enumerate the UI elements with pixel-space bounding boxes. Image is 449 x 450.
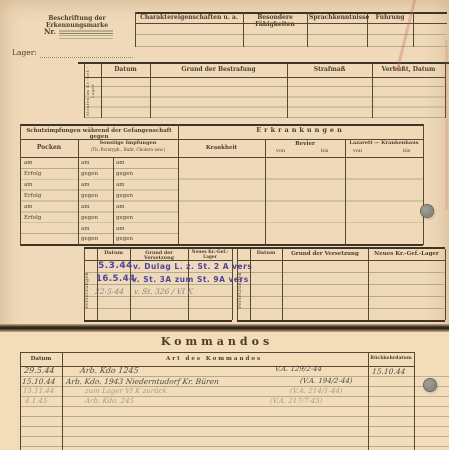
vacc-cell: Erfolg <box>24 215 41 221</box>
vacc-border <box>20 124 21 245</box>
vacc-col-sonstige-sub: (Th.-Paratyph., Ruhr, Cholera usw.) <box>80 148 176 153</box>
vacc-cell: am <box>24 182 33 188</box>
vacc-cell: Erfolg <box>24 171 41 177</box>
transfer-row-lines <box>237 261 445 320</box>
kommando-text: zum Lager VI K zurück <box>85 387 168 395</box>
vacc-cell: am <box>116 182 125 188</box>
vacc-divider <box>345 139 346 245</box>
vacc-divider <box>265 139 266 245</box>
traits-divider <box>307 12 308 47</box>
transfer-divider <box>368 249 369 320</box>
card-separator-shadow <box>0 324 449 332</box>
traits-border <box>413 12 414 47</box>
illness-col-revier: Revier <box>267 141 343 147</box>
nr-label: Nr. <box>44 28 56 36</box>
vacc-cell: am <box>81 182 90 188</box>
traits-divider <box>243 12 244 47</box>
kommando-note: V.A. 129/2-44 <box>275 365 323 373</box>
transfer-entry-text: v. Dulag L. z. St. 2 A vers <box>133 262 252 271</box>
transfer-bottom-border <box>84 320 232 322</box>
vacc-cell: am <box>116 204 125 210</box>
punish-row-lines <box>84 77 445 119</box>
kommandos-col-art: Art des Kommandos <box>64 356 364 362</box>
red-pencil-mark <box>445 40 448 210</box>
transfer-entry-date: 16.5.44 <box>96 274 136 284</box>
vacc-title: Schutzimpfungen während der Gefangenscha… <box>22 128 176 140</box>
vacc-cell: gegen <box>81 215 98 221</box>
vacc-col-sonstige: Sonstige Impfungen <box>80 141 176 147</box>
transfer-col-neues: Neues Kr.-Gef.-Lager <box>189 251 231 260</box>
traits-col-sprachen: Sprachkenntnisse <box>309 15 365 22</box>
hole-punch <box>424 379 436 391</box>
lager-dotted-line <box>40 50 133 58</box>
vacc-cell: am <box>81 226 90 232</box>
illness-col-lazarett: Lazarett — Krankenhaus <box>347 141 421 147</box>
kommando-date: 15.10.44 <box>22 377 56 386</box>
transfer-bottom-border <box>237 320 445 322</box>
kommandos-border <box>414 352 415 450</box>
transfer-divider <box>282 249 283 320</box>
vacc-cell: am <box>81 160 90 166</box>
punish-side-label: Strafen im Kr.-Gef.-Lager <box>85 64 100 118</box>
lazarett-bis-label: bis <box>403 149 410 155</box>
lazarett-von-label: von <box>353 149 362 155</box>
transfer-divider <box>97 249 98 320</box>
vacc-cell: am <box>81 204 90 210</box>
vacc-top-border <box>20 124 423 126</box>
vacc-cell: Erfolg <box>24 193 41 199</box>
traits-border <box>135 12 136 47</box>
kommando-date: 29.5.44 <box>24 366 55 375</box>
traits-col-fuehrung: Führung <box>369 15 411 22</box>
kommando-return-date: 15.10.44 <box>372 367 406 376</box>
vacc-cell: am <box>116 160 125 166</box>
pow-record-card-scan: Beschriftung der Erkennungsmarke Nr. Lag… <box>0 0 449 450</box>
revier-bis-label: bis <box>321 149 328 155</box>
punish-divider <box>101 64 102 118</box>
punish-divider <box>372 64 373 118</box>
punish-col-grund: Grund der Bestrafung <box>152 67 285 74</box>
illness-col-krankheit: Krankheit <box>180 145 263 151</box>
kommando-note: (V.A. 217/7-45) <box>270 397 323 405</box>
kommandos-border <box>20 352 21 450</box>
transfer-border <box>445 249 446 320</box>
kommandos-title: Kommandos <box>20 336 414 348</box>
transfer-col-grund: Grund der Versetzung <box>284 251 366 257</box>
transfer-col-datum: Datum <box>252 251 280 257</box>
punish-divider <box>287 64 288 118</box>
punish-col-verbuesst: Verbüßt, Datum <box>374 67 443 74</box>
punish-col-strafmass: Strafmaß <box>289 67 370 74</box>
vacc-col-pocken: Pocken <box>22 145 76 152</box>
transfer-border <box>232 249 233 320</box>
kommando-date: 15.11.44 <box>23 387 55 395</box>
vacc-cell: gegen <box>81 193 98 199</box>
revier-von-label: von <box>276 149 285 155</box>
kommando-text: Arb. Kdo. 245 <box>85 397 135 405</box>
transfer-col-grund: Grund der Versetzung <box>131 251 187 262</box>
vacc-cell: gegen <box>116 193 133 199</box>
vacc-cell: gegen <box>116 236 133 242</box>
transfer-col-neues: Neues Kr.-Gef.-Lager <box>370 251 443 257</box>
transfer-entry-date: 22-5-44 <box>95 287 125 296</box>
transfer-entry-text: v. St. 326 / VI K <box>134 287 194 296</box>
transfer-col-datum: Datum <box>99 251 128 257</box>
kommandos-divider <box>62 352 63 450</box>
vacc-cell: gegen <box>81 236 98 242</box>
vacc-cell: am <box>116 226 125 232</box>
kommando-text: Arb. Kdo. 1943 Niederntudorf Kr. Büren <box>66 377 220 386</box>
erkennungsmarke-title: Beschriftung der Erkennungsmarke <box>18 16 136 29</box>
kommando-note: (V.A. 214/1-44) <box>290 387 343 395</box>
punish-col-datum: Datum <box>103 67 148 74</box>
transfer-entry-text: v. St. 3A zum St. 9A vers <box>132 275 249 284</box>
kommandos-divider <box>368 352 369 450</box>
illness-title: Erkrankungen <box>180 127 421 134</box>
traits-col-charakter: Charaktereigenschaften u. a. <box>137 15 241 22</box>
nr-write-lines <box>59 29 113 40</box>
vacc-cell: gegen <box>116 171 133 177</box>
lager-label: Lager: <box>12 49 37 57</box>
kommandos-top-rule <box>20 352 414 353</box>
traits-col-faehigkeiten: Besondere Fähigkeiten <box>245 15 305 28</box>
punish-top-border <box>78 62 449 64</box>
vacc-border <box>423 124 424 245</box>
vacc-cell: gegen <box>81 171 98 177</box>
vacc-subdivider <box>113 157 114 245</box>
kommandos-col-rueckkehr: Rückkehrdatum <box>369 356 413 361</box>
vacc-right-row-lines <box>178 158 423 244</box>
vacc-cell: am <box>24 160 33 166</box>
vacc-divider <box>78 139 79 245</box>
vacc-left-row-lines <box>20 158 178 244</box>
kommandos-col-datum: Datum <box>22 356 60 362</box>
transfer-top-border <box>84 247 445 249</box>
vacc-cell: am <box>24 204 33 210</box>
vacc-divider <box>178 124 179 245</box>
kommando-text: Arb. Kdo 1245 <box>80 366 140 375</box>
transfer-divider <box>250 249 251 320</box>
kommando-note: (V.A. 194/2-44) <box>300 377 353 385</box>
kommando-date: 4.1.45 <box>25 397 48 405</box>
transfer-entry-date: 5.3.44 <box>98 261 133 271</box>
hole-punch <box>421 205 433 217</box>
vacc-bottom-border <box>20 244 423 246</box>
vacc-cell: gegen <box>116 215 133 221</box>
transfer-side-label: Versetzungen <box>238 262 250 318</box>
punish-divider <box>150 64 151 118</box>
